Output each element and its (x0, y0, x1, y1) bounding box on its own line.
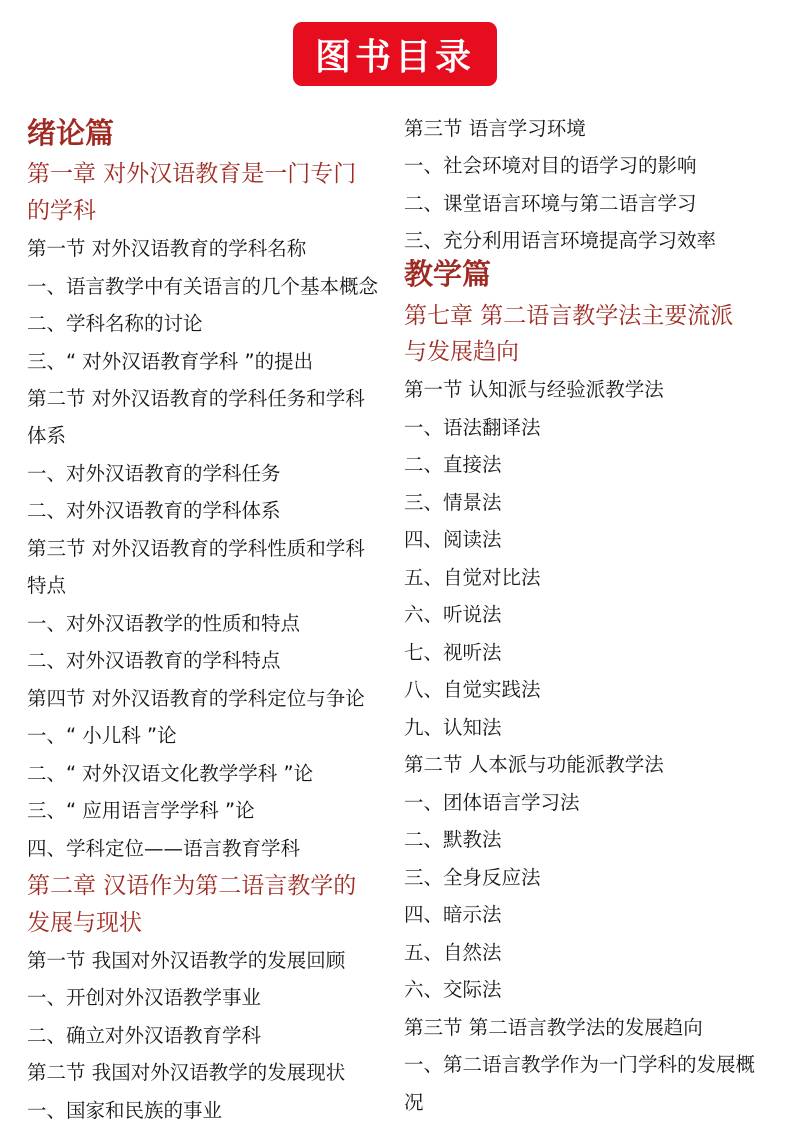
toc-item: 五、自然法 (404, 940, 502, 966)
toc-section: 第三节 对外汉语教育的学科性质和学科 (27, 536, 365, 562)
toc-item: 六、听说法 (404, 602, 502, 628)
toc-item: 三、“ 应用语言学学科 ”论 (27, 798, 255, 824)
toc-item: 二、对外汉语教育的学科体系 (27, 498, 281, 524)
toc-item: 三、充分利用语言环境提高学习效率 (404, 228, 716, 254)
toc-section: 体系 (27, 423, 66, 449)
toc-section: 第二节 人本派与功能派教学法 (404, 752, 664, 778)
toc-item: 六、交际法 (404, 977, 502, 1003)
toc-item: 二、学科名称的讨论 (27, 311, 203, 337)
toc-chapter: 第一章 对外汉语教育是一门专门 (27, 159, 356, 189)
toc-item: 三、全身反应法 (404, 865, 541, 891)
toc-item: 五、自觉对比法 (404, 565, 541, 591)
toc-item: 一、开创对外汉语教学事业 (27, 985, 261, 1011)
toc-item: 四、学科定位——语言教育学科 (27, 836, 300, 862)
toc-section: 第二节 我国对外汉语教学的发展现状 (27, 1060, 345, 1086)
toc-chapter: 的学科 (27, 196, 96, 226)
page-title-badge: 图书目录 (293, 22, 497, 86)
toc-item: 况 (404, 1090, 424, 1116)
toc-section: 第一节 认知派与经验派教学法 (404, 377, 664, 403)
toc-item: 三、“ 对外汉语教育学科 ”的提出 (27, 349, 313, 375)
toc-item: 二、直接法 (404, 452, 502, 478)
toc-item: 一、国家和民族的事业 (27, 1098, 222, 1124)
toc-section: 第二节 对外汉语教育的学科任务和学科 (27, 386, 365, 412)
toc-item: 三、情景法 (404, 490, 502, 516)
toc-item: 二、课堂语言环境与第二语言学习 (404, 191, 697, 217)
toc-item: 七、视听法 (404, 640, 502, 666)
toc-chapter: 第七章 第二语言教学法主要流派 (404, 301, 733, 331)
toc-part: 教学篇 (404, 256, 491, 292)
toc-item: 一、第二语言教学作为一门学科的发展概 (404, 1052, 755, 1078)
toc-item: 八、自觉实践法 (404, 677, 541, 703)
toc-item: 一、语言教学中有关语言的几个基本概念 (27, 274, 378, 300)
toc-chapter: 第二章 汉语作为第二语言教学的 (27, 871, 356, 901)
toc-item: 一、团体语言学习法 (404, 790, 580, 816)
toc-item: 一、社会环境对目的语学习的影响 (404, 153, 697, 179)
toc-item: 二、确立对外汉语教育学科 (27, 1023, 261, 1049)
toc-section: 第一节 对外汉语教育的学科名称 (27, 236, 306, 262)
toc-item: 一、语法翻译法 (404, 415, 541, 441)
toc-section: 特点 (27, 573, 66, 599)
toc-item: 一、“ 小儿科 ”论 (27, 723, 177, 749)
toc-section: 第四节 对外汉语教育的学科定位与争论 (27, 686, 365, 712)
toc-part: 绪论篇 (27, 115, 114, 151)
toc-section: 第一节 我国对外汉语教学的发展回顾 (27, 948, 345, 974)
toc-item: 四、阅读法 (404, 527, 502, 553)
toc-section: 第三节 第二语言教学法的发展趋向 (404, 1015, 703, 1041)
toc-item: 二、默教法 (404, 827, 502, 853)
toc-section: 第三节 语言学习环境 (404, 116, 586, 142)
toc-item: 二、“ 对外汉语文化教学学科 ”论 (27, 761, 313, 787)
toc-item: 九、认知法 (404, 715, 502, 741)
toc-item: 四、暗示法 (404, 902, 502, 928)
toc-item: 一、对外汉语教育的学科任务 (27, 461, 281, 487)
page-title: 图书目录 (315, 29, 475, 80)
toc-chapter: 与发展趋向 (404, 337, 519, 367)
toc-item: 一、对外汉语教学的性质和特点 (27, 611, 300, 637)
toc-chapter: 发展与现状 (27, 908, 142, 938)
toc-item: 二、对外汉语教育的学科特点 (27, 648, 281, 674)
